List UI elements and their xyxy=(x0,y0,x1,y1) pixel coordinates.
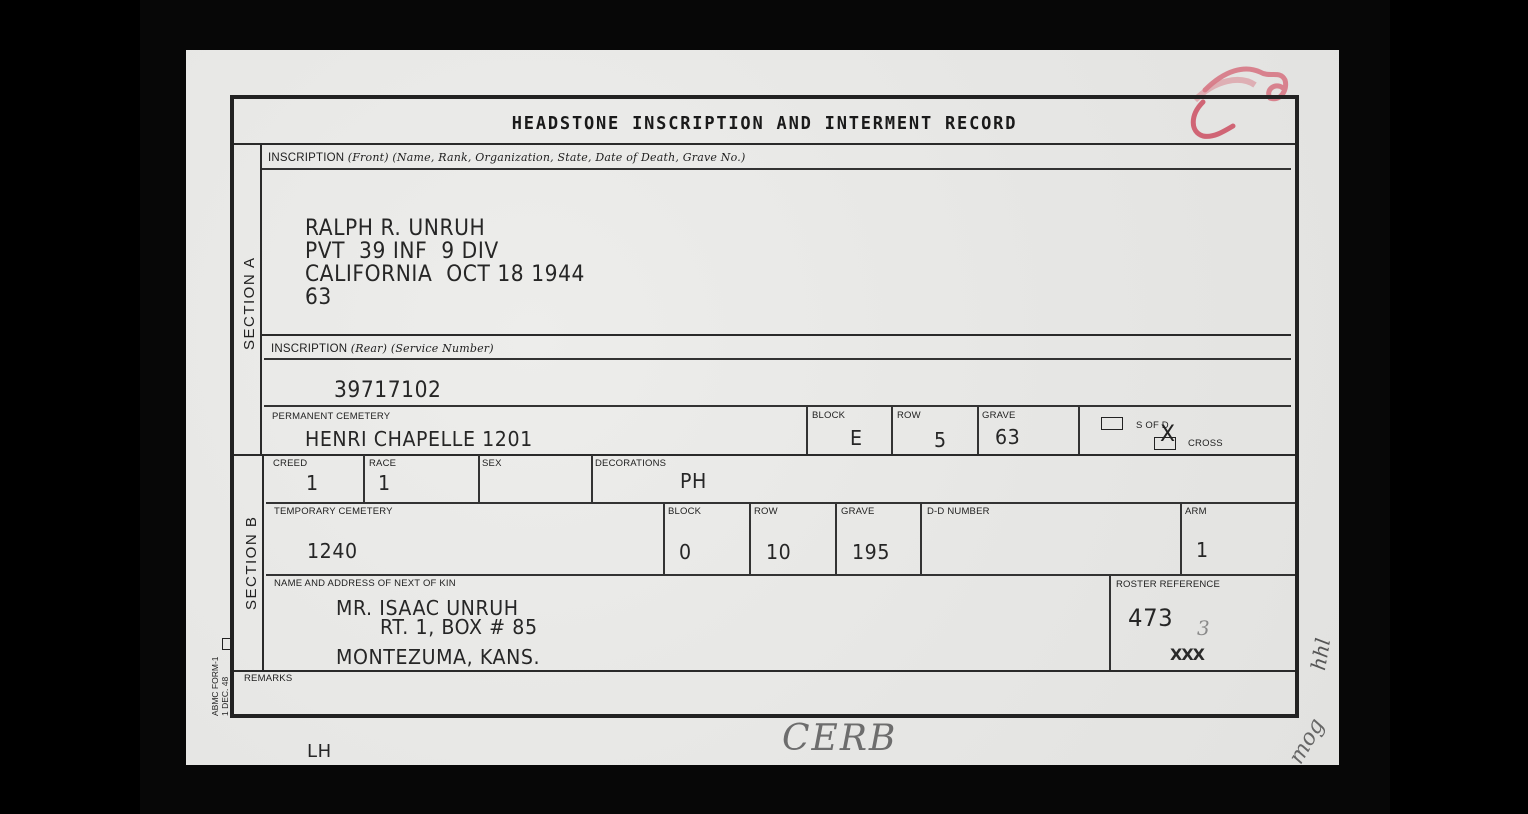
divider xyxy=(264,358,1291,360)
temp-grave-value[interactable]: 195 xyxy=(852,542,890,562)
inscription-line: PVT 39 INF 9 DIV xyxy=(305,241,499,263)
temp-block-label: BLOCK xyxy=(668,506,701,517)
divider xyxy=(363,455,365,503)
service-number-value[interactable]: 39717102 xyxy=(334,380,441,402)
inscription-rear-label: INSCRIPTION (Rear) (Service Number) xyxy=(271,342,494,355)
divider xyxy=(749,503,751,575)
temp-row-value[interactable]: 10 xyxy=(766,542,791,562)
divider xyxy=(591,455,593,503)
race-label: RACE xyxy=(369,458,396,469)
divider xyxy=(1109,575,1111,671)
handwritten-signature: CERB xyxy=(782,718,897,759)
next-of-kin-label: NAME AND ADDRESS OF NEXT OF KIN xyxy=(274,578,456,589)
divider xyxy=(835,503,837,575)
divider xyxy=(920,503,922,575)
next-of-kin-line: MONTEZUMA, KANS. xyxy=(336,647,540,667)
typed-initials: LH xyxy=(307,741,332,762)
temp-block-value[interactable]: 0 xyxy=(679,542,692,562)
divider xyxy=(1078,406,1080,454)
perm-row-label: ROW xyxy=(897,410,921,421)
inscription-front-label: INSCRIPTION (Front) (Name, Rank, Organiz… xyxy=(268,151,745,164)
perm-block-label: BLOCK xyxy=(812,410,845,421)
divider xyxy=(262,334,1291,336)
divider xyxy=(891,406,893,454)
sex-label: SEX xyxy=(482,458,502,469)
perm-row-value[interactable]: 5 xyxy=(934,430,947,450)
temp-grave-label: GRAVE xyxy=(841,506,875,517)
cross-check-mark: X xyxy=(1160,422,1175,447)
roster-struck-value: XXX xyxy=(1170,645,1204,664)
divider xyxy=(266,574,1295,576)
arm-label: ARM xyxy=(1185,506,1207,517)
divider xyxy=(266,502,1295,504)
perm-block-value[interactable]: E xyxy=(850,428,863,448)
creed-value[interactable]: 1 xyxy=(306,473,319,493)
roster-handwritten-note: 3 xyxy=(1197,616,1210,640)
roster-reference-value[interactable]: 473 xyxy=(1128,608,1173,628)
cross-label: CROSS xyxy=(1188,438,1223,449)
perm-grave-value[interactable]: 63 xyxy=(995,427,1020,447)
divider xyxy=(478,455,480,503)
inscription-line: CALIFORNIA OCT 18 1944 xyxy=(305,264,585,286)
form-header: HEADSTONE INSCRIPTION AND INTERMENT RECO… xyxy=(234,99,1295,145)
divider xyxy=(663,503,665,575)
remarks-label: REMARKS xyxy=(244,673,292,684)
divider xyxy=(1180,503,1182,575)
temporary-cemetery-value[interactable]: 1240 xyxy=(307,541,358,561)
divider xyxy=(234,670,1295,672)
s-of-d-checkbox[interactable] xyxy=(1101,417,1123,430)
creed-label: CREED xyxy=(273,458,307,469)
divider xyxy=(806,406,808,454)
permanent-cemetery-label: PERMANENT CEMETERY xyxy=(272,411,390,422)
next-of-kin-line: RT. 1, BOX # 85 xyxy=(380,617,538,637)
section-b-label: SECTION B xyxy=(243,516,260,610)
form-title: HEADSTONE INSCRIPTION AND INTERMENT RECO… xyxy=(512,114,1017,135)
perm-grave-label: GRAVE xyxy=(982,410,1016,421)
arm-value[interactable]: 1 xyxy=(1196,540,1209,560)
race-value[interactable]: 1 xyxy=(378,473,391,493)
divider xyxy=(264,405,1291,407)
form-id: ABMC FORM-1 1 DEC. 48 xyxy=(210,657,230,717)
form-id-box xyxy=(222,638,232,650)
inscription-line: 63 xyxy=(305,287,332,309)
decorations-label: DECORATIONS xyxy=(595,458,666,469)
section-a-label: SECTION A xyxy=(241,256,258,350)
divider xyxy=(977,406,979,454)
decorations-value[interactable]: PH xyxy=(680,471,707,491)
temp-row-label: ROW xyxy=(754,506,778,517)
temporary-cemetery-label: TEMPORARY CEMETERY xyxy=(274,506,393,517)
permanent-cemetery-value[interactable]: HENRI CHAPELLE 1201 xyxy=(305,429,533,449)
section-divider xyxy=(234,454,1295,456)
divider xyxy=(262,168,1291,170)
dd-number-label: D-D NUMBER xyxy=(927,506,990,517)
inscription-line: RALPH R. UNRUH xyxy=(305,218,485,240)
roster-reference-label: ROSTER REFERENCE xyxy=(1116,579,1220,590)
